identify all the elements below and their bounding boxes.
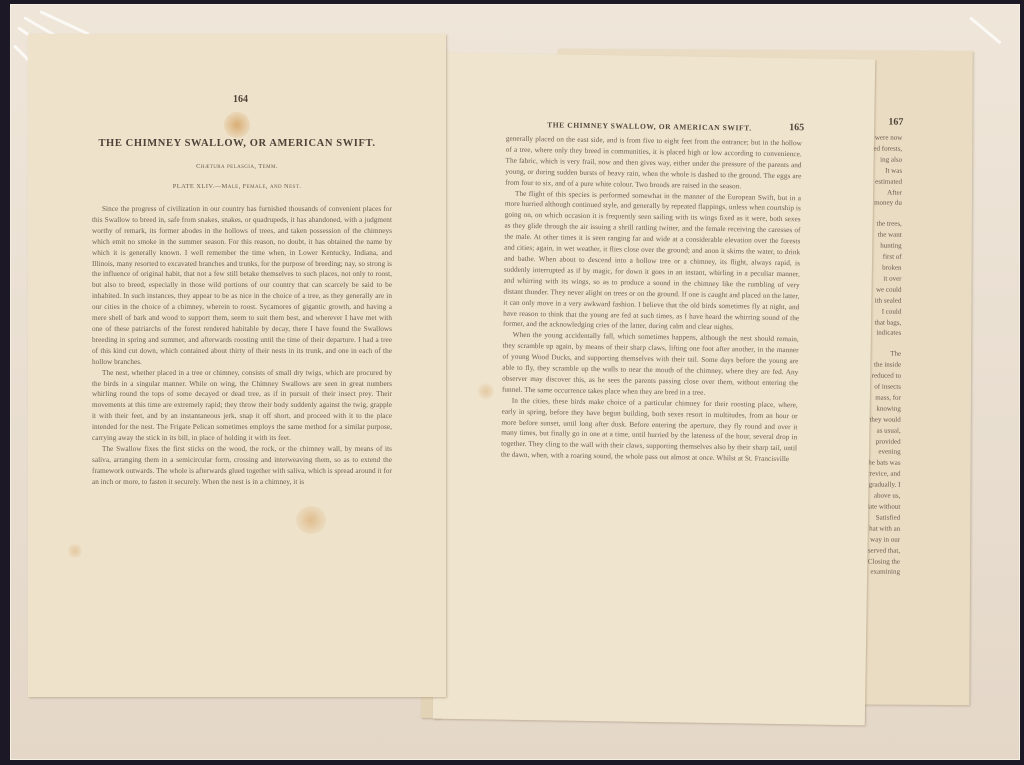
species-name: Chætura pelasgia, Temm. <box>28 163 446 170</box>
paragraph: Since the progress of civilization in ou… <box>92 204 392 368</box>
page-164: 164 THE CHIMNEY SWALLOW, OR AMERICAN SWI… <box>28 34 446 697</box>
running-head: THE CHIMNEY SWALLOW, OR AMERICAN SWIFT. <box>547 120 752 132</box>
foxing-stain <box>478 383 494 399</box>
paragraph: The nest, whether placed in a tree or ch… <box>92 368 392 444</box>
page-165: THE CHIMNEY SWALLOW, OR AMERICAN SWIFT. … <box>433 53 875 726</box>
foxing-stain <box>68 544 82 558</box>
page-number: 164 <box>233 94 248 105</box>
page-164-body: Since the progress of civilization in ou… <box>92 204 392 488</box>
paragraph: The flight of this species is performed … <box>503 188 801 334</box>
foxing-stain <box>224 112 250 138</box>
page-165-body: generally placed on the east side, and i… <box>501 134 802 466</box>
plastic-glare <box>969 16 1002 44</box>
paragraph: generally placed on the east side, and i… <box>505 134 802 193</box>
paragraph: In the cities, these birds make choice o… <box>501 395 798 465</box>
foxing-stain <box>296 506 326 534</box>
paragraph: When the young accidentally fall, which … <box>502 330 799 400</box>
chapter-title: THE CHIMNEY SWALLOW, OR AMERICAN SWIFT. <box>28 138 446 149</box>
plate-caption: PLATE XLIV.—Male, Female, and Nest. <box>28 183 446 190</box>
paragraph: The Swallow fixes the first sticks on th… <box>92 444 392 488</box>
page-number: 167 <box>888 117 903 128</box>
page-number: 165 <box>789 122 804 133</box>
